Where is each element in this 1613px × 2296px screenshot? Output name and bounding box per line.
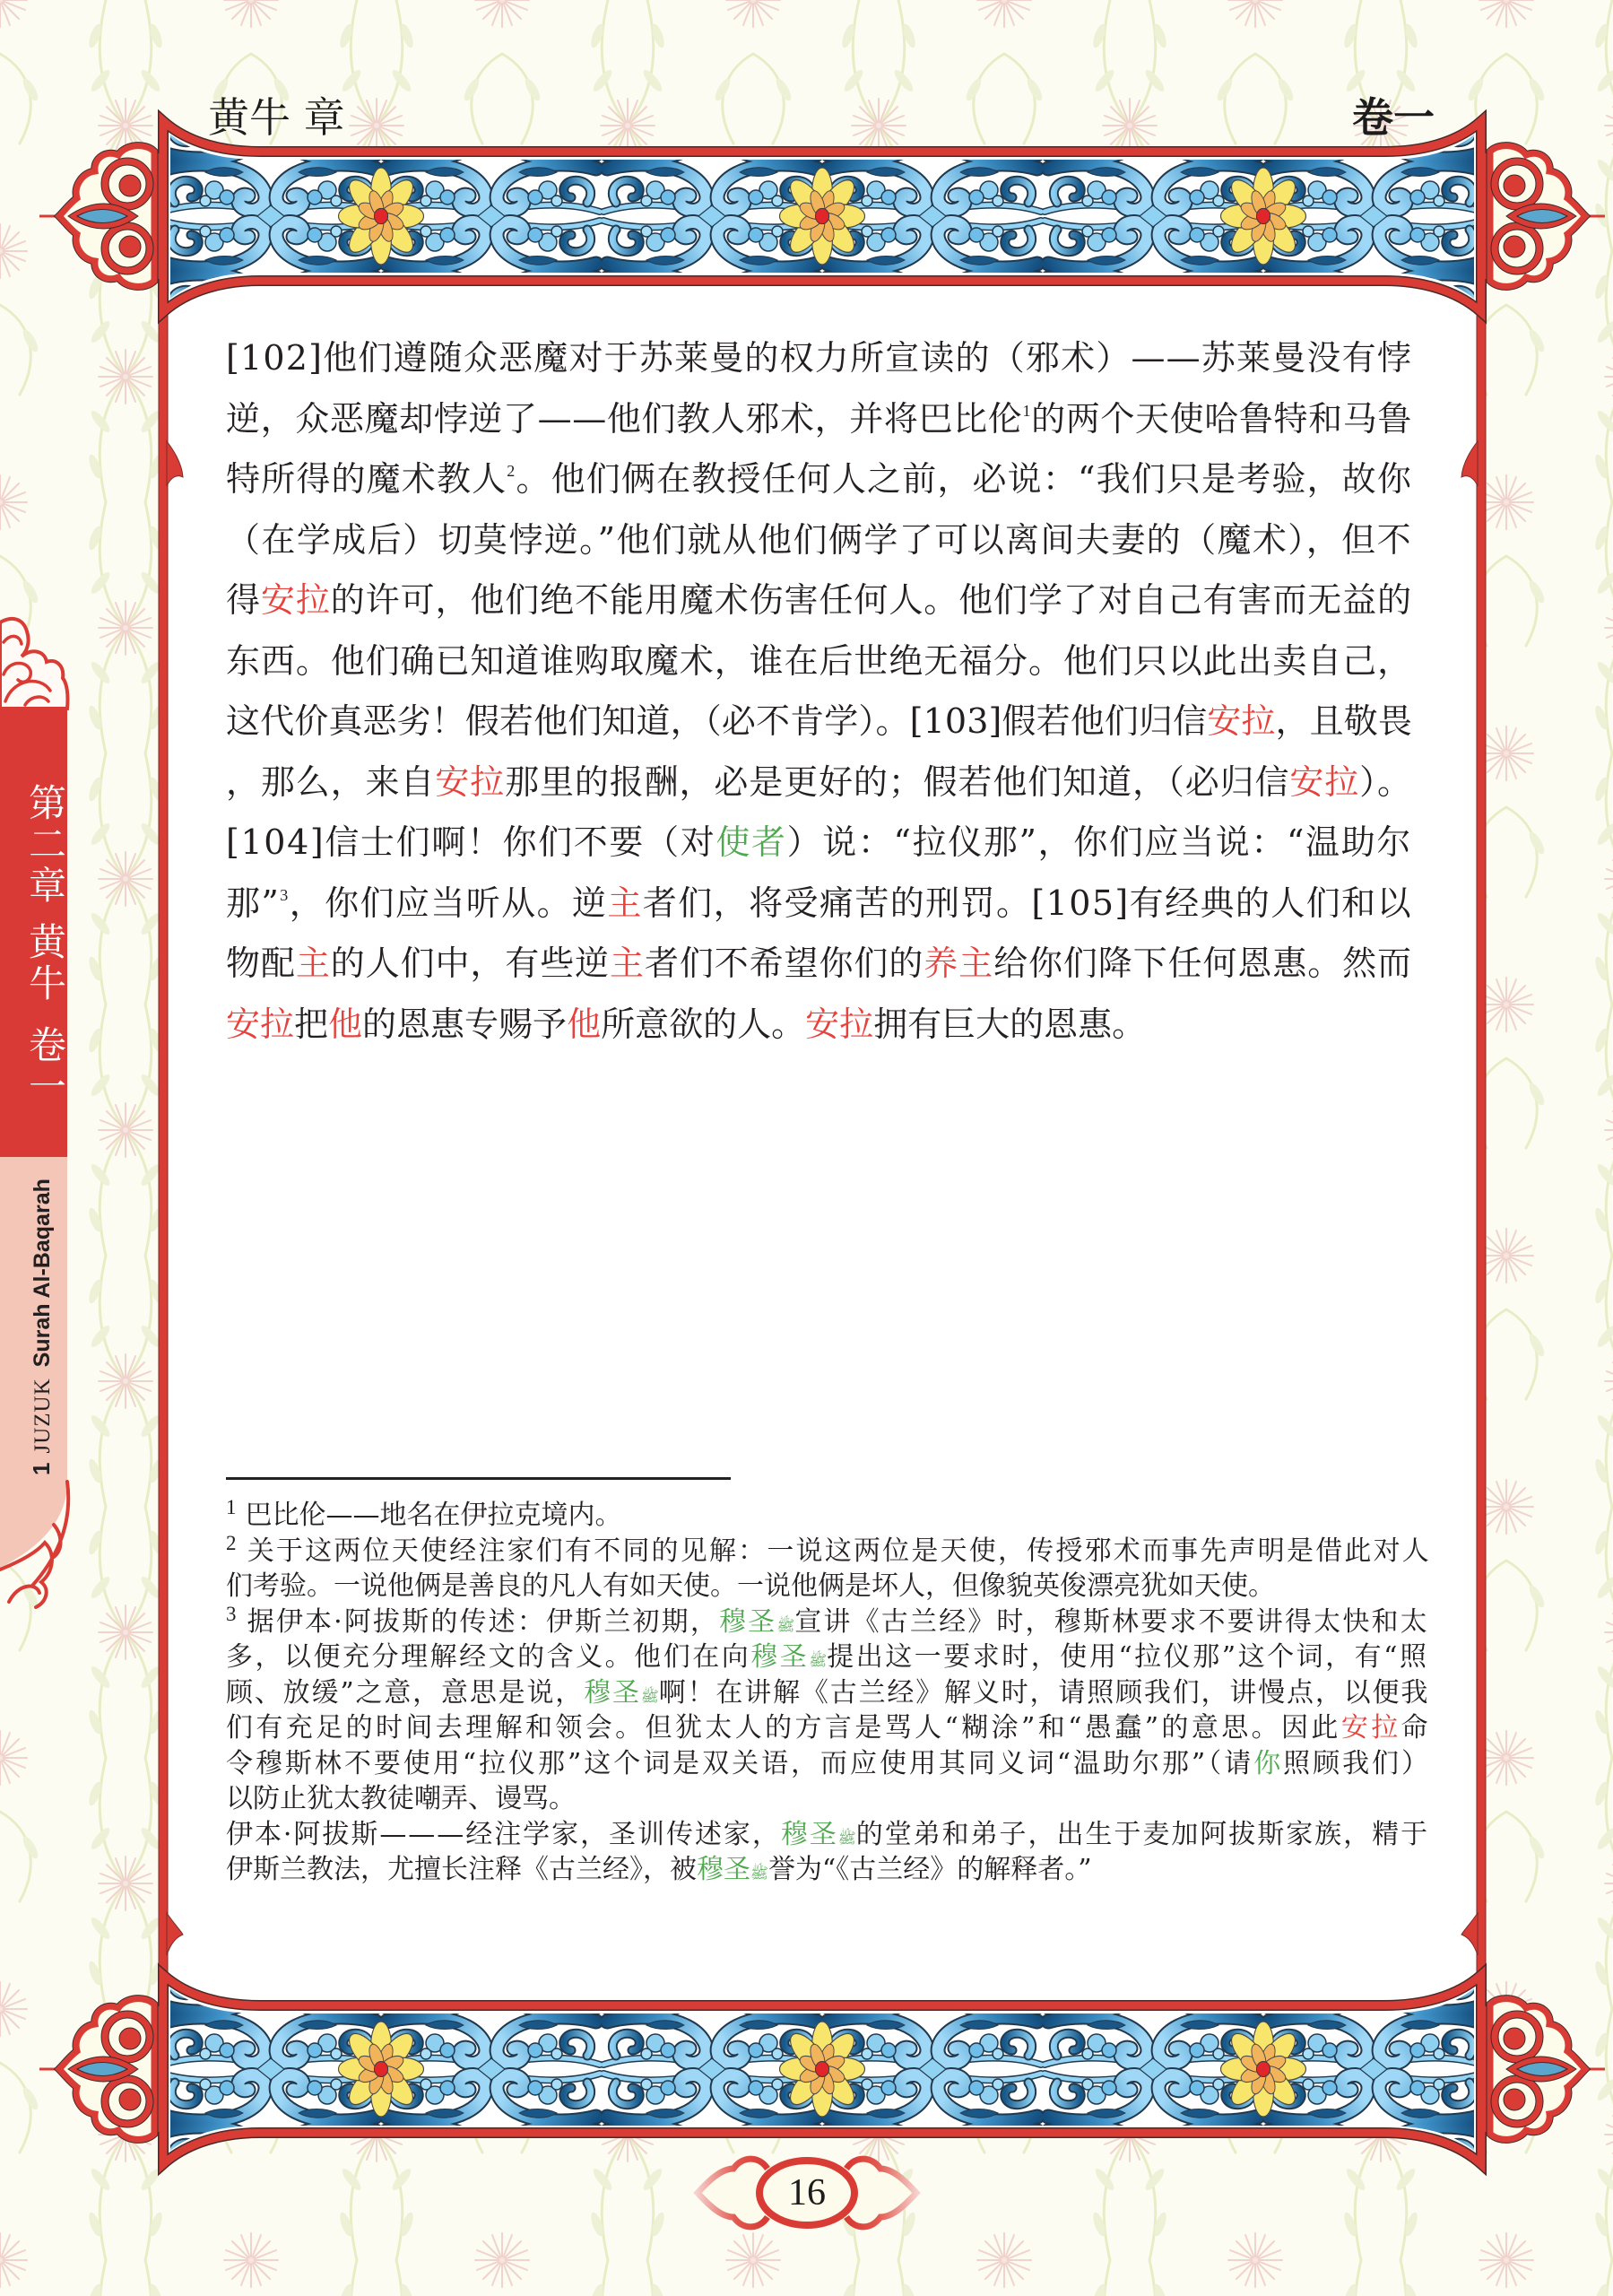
text-run: 顾、放缓”之意，意思是说， xyxy=(226,1677,584,1709)
highlighted-divine-name: 安拉 xyxy=(1341,1712,1401,1744)
text-run: 拥有巨大的恩惠。 xyxy=(873,1004,1146,1044)
text-run: [104]信士们啊！你们不要 xyxy=(226,822,645,862)
text-run: 誉为“《古兰经》的解释者。” xyxy=(768,1854,1092,1885)
verse-line: 安拉把他的恩惠专赐予他所意欲的人。安拉拥有巨大的恩惠。 xyxy=(226,995,1412,1056)
verse-line: 得安拉的许可，他们绝不能用魔术伤害任何人。他们学了对自己有害而无益的 xyxy=(226,570,1412,631)
highlighted-divine-name: 安拉 xyxy=(261,580,331,620)
text-run: 。他们俩在教授任何人之前，必说：“我们只是考验，故你 xyxy=(516,459,1412,499)
chapter-title: 黄牛 章 xyxy=(208,95,345,140)
highlighted-prophet-term: 穆圣 xyxy=(781,1819,838,1850)
verse-line: [104]信士们啊！你们不要（对使者）说：“拉仪那”，你们应当说：“温助尔 xyxy=(226,813,1412,874)
top-ornamental-band xyxy=(163,121,1481,312)
text-run: 命 xyxy=(1401,1712,1431,1744)
highlighted-divine-name: 安拉 xyxy=(435,762,505,802)
text-run: 得 xyxy=(226,580,261,620)
verse-line: 物配主的人们中，有些逆主者们不希望你们的养主给你们降下任何恩惠。然而 xyxy=(226,934,1412,995)
juz-surah-label: 1JUZUKSurah Al-Baqarah xyxy=(28,1170,55,1475)
highlighted-prophet-term: 穆圣 xyxy=(719,1606,776,1638)
highlighted-divine-name: 他 xyxy=(328,1004,362,1044)
highlighted-prophet-term: 使者 xyxy=(715,822,786,862)
text-run: 们有充足的时间去理解和领会。但犹太人的方言是骂人“糊涂”和“愚蠢”的意思。因此 xyxy=(226,1712,1341,1744)
text-run: 说：“拉仪那”，你们应当说：“温助尔 xyxy=(822,822,1412,862)
text-run: 据伊本·阿拔斯的传述：伊斯兰初期， xyxy=(247,1606,719,1638)
highlighted-divine-name: 安拉 xyxy=(1207,701,1275,741)
footnote-number: 3 xyxy=(226,1603,238,1625)
verse-text: [102]他们遵随众恶魔对于苏莱曼的权力所宣读的（邪术）——苏莱曼没有悖逆，众恶… xyxy=(226,328,1412,1055)
footnote-line: 3据伊本·阿拔斯的传述：伊斯兰初期，穆圣ﷺ宣讲《古兰经》时，穆斯林要求不要讲得太… xyxy=(226,1605,1431,1640)
footnote-ref: 2 xyxy=(507,462,516,480)
text-run: 东西。他们确已知道谁购取魔术，谁在后世绝无福分。他们只以此出卖自己， xyxy=(226,641,1412,681)
text-run: 所意欲的人。 xyxy=(601,1004,805,1044)
highlighted-divine-name: 安拉 xyxy=(226,1004,294,1044)
text-run: [102]他们遵随众恶魔对于苏莱曼的权力所宣读的 xyxy=(226,338,991,378)
verse-line: 特所得的魔术教人2。他们俩在教授任何人之前，必说：“我们只是考验，故你 xyxy=(226,449,1412,510)
juz-number: 1 xyxy=(28,1463,55,1475)
text-run: 提出这一要求时，使用“拉仪那”这个词，有“照 xyxy=(827,1641,1428,1673)
footnote-divider xyxy=(226,1477,731,1480)
text-run: 多，以便充分理解经文的含义。他们在向 xyxy=(226,1641,750,1673)
text-run: 物配 xyxy=(226,944,296,983)
footnote-number: 1 xyxy=(226,1496,237,1518)
text-run: 者们，将受痛苦的刑罚。[105]有经典的人们和以 xyxy=(643,883,1412,923)
parenthetical-note: ） xyxy=(787,822,823,862)
text-run: ，但不 xyxy=(1306,520,1412,560)
text-run: ，且敬畏 xyxy=(1275,701,1412,741)
text-run: 这代价真恶劣！假若他们知道， xyxy=(226,701,705,741)
page-number: 16 xyxy=(762,2170,852,2215)
text-run: 。 xyxy=(1377,762,1412,802)
footnote-line: 们考验。一说他俩是善良的凡人有如天使。一说他俩是坏人，但像貌英俊漂亮犹如天使。 xyxy=(226,1569,1431,1605)
footnote-line: 顾、放缓”之意，意思是说，穆圣ﷺ啊！在讲解《古兰经》解义时，请照顾我们，讲慢点，… xyxy=(226,1675,1431,1711)
highlighted-prophet-term: ﷺ xyxy=(776,1617,794,1634)
footnote-line: 伊斯兰教法，尤擅长注释《古兰经》，被穆圣ﷺ誉为“《古兰经》的解释者。” xyxy=(226,1852,1431,1888)
side-tab-chapter-label: 第二章 xyxy=(24,783,65,907)
highlighted-divine-name: 安拉 xyxy=(1289,762,1359,802)
highlighted-prophet-term: 你 xyxy=(1253,1748,1283,1779)
volume-title: 卷一 xyxy=(1352,95,1435,140)
verse-line: 那”3，你们应当听从。逆主者们，将受痛苦的刑罚。[105]有经典的人们和以 xyxy=(226,874,1412,935)
side-tab-surah-label: 黄牛 xyxy=(24,922,65,1004)
bottom-ornamental-band xyxy=(163,1975,1481,2164)
highlighted-prophet-term: 穆圣 xyxy=(750,1641,809,1673)
verse-line: （在学成后）切莫悖逆。”他们就从他们俩学了可以离间夫妻的（魔术），但不 xyxy=(226,510,1412,571)
verse-line: [102]他们遵随众恶魔对于苏莱曼的权力所宣读的（邪术）——苏莱曼没有悖 xyxy=(226,328,1412,389)
text-run: 伊本·阿拔斯———经注学家，圣训传述家， xyxy=(226,1819,781,1850)
text-run: 关于这两位天使经注家们有不同的见解：一说这两位是天使，传授邪术而事先声明是借此对… xyxy=(247,1535,1431,1567)
text-run: 给你们降下任何恩惠。然而 xyxy=(993,944,1412,983)
text-run: 以防止犹太教徒嘲弄、谩骂。 xyxy=(226,1783,576,1814)
footnote-ref: 3 xyxy=(280,886,289,904)
verse-line: 这代价真恶劣！假若他们知道，（必不肯学）。[103]假若他们归信安拉，且敬畏 xyxy=(226,691,1412,752)
text-run: 把 xyxy=(294,1004,328,1044)
footnote-line: 们有充足的时间去理解和领会。但犹太人的方言是骂人“糊涂”和“愚蠢”的意思。因此安… xyxy=(226,1710,1431,1746)
text-run: 巴比伦——地名在伊拉克境内。 xyxy=(246,1500,622,1531)
flower-ornament xyxy=(339,2022,424,2117)
footnote-line: 伊本·阿拔斯———经注学家，圣训传述家，穆圣ﷺ的堂弟和弟子，出生于麦加阿拔斯家族… xyxy=(226,1817,1431,1853)
highlighted-divine-name: 主 xyxy=(296,944,331,983)
footnote-number: 2 xyxy=(226,1532,238,1554)
text-run: 的堂弟和弟子，出生于麦加阿拔斯家族，精于 xyxy=(856,1819,1429,1850)
highlighted-prophet-term: 穆圣 xyxy=(584,1677,641,1709)
footnote-line: 2关于这两位天使经注家们有不同的见解：一说这两位是天使，传授邪术而事先声明是借此… xyxy=(226,1534,1431,1570)
text-run: 照顾我们） xyxy=(1283,1748,1431,1779)
footnote-line: 多，以便充分理解经文的含义。他们在向穆圣ﷺ提出这一要求时，使用“拉仪那”这个词，… xyxy=(226,1639,1431,1675)
highlighted-prophet-term: ﷺ xyxy=(809,1652,827,1669)
highlighted-divine-name: 养主 xyxy=(924,944,993,983)
footnote-line: 以防止犹太教徒嘲弄、谩骂。 xyxy=(226,1781,1431,1817)
text-run: 令穆斯林不要使用“拉仪那”这个词是双关语，而应使用其同义词“温助尔那”（请 xyxy=(226,1748,1253,1779)
flower-ornament xyxy=(780,168,865,265)
highlighted-divine-name: 主 xyxy=(607,883,642,923)
text-run: 特所得的魔术教人 xyxy=(226,459,507,499)
parenthetical-note: （必归信 xyxy=(1167,762,1290,802)
text-run: 的人们中，有些逆 xyxy=(331,944,610,983)
highlighted-prophet-term: ﷺ xyxy=(750,1865,768,1882)
highlighted-prophet-term: 穆圣 xyxy=(697,1854,750,1885)
text-run: 逆，众恶魔却悖逆了——他们教人邪术，并将巴比伦 xyxy=(226,399,1022,439)
text-run: ，你们应当听从。逆 xyxy=(290,883,608,923)
text-run: 们考验。一说他俩是善良的凡人有如天使。一说他俩是坏人，但像貌英俊漂亮犹如天使。 xyxy=(226,1570,1275,1602)
footnotes: 1巴比伦——地名在伊拉克境内。2关于这两位天使经注家们有不同的见解：一说这两位是… xyxy=(226,1498,1431,1888)
verse-line: ，那么，来自安拉那里的报酬，必是更好的；假若他们知道，（必归信安拉）。 xyxy=(226,752,1412,813)
footnote-ref: 1 xyxy=(1022,402,1031,420)
flower-ornament xyxy=(780,2022,865,2117)
text-run: ，那么，来自 xyxy=(226,762,435,802)
parenthetical-note: （在学成后） xyxy=(226,520,438,560)
parenthetical-note: ） xyxy=(1359,762,1377,802)
parenthetical-note: （对 xyxy=(645,822,715,862)
text-run: 啊！在讲解《古兰经》解义时，请照顾我们，讲慢点，以便我 xyxy=(659,1677,1429,1709)
text-run: 伊斯兰教法，尤擅长注释《古兰经》，被 xyxy=(226,1854,697,1885)
text-run: 的两个天使哈鲁特和马鲁 xyxy=(1031,399,1412,439)
footnote-line: 1巴比伦——地名在伊拉克境内。 xyxy=(226,1498,1431,1534)
footnote-line: 令穆斯林不要使用“拉仪那”这个词是双关语，而应使用其同义词“温助尔那”（请你照顾… xyxy=(226,1746,1431,1782)
parenthetical-note: （邪术） xyxy=(991,338,1132,378)
side-tab-volume-label: 卷一 xyxy=(24,1025,65,1108)
highlighted-prophet-term: ﷺ xyxy=(641,1688,659,1705)
flower-ornament xyxy=(339,168,424,265)
flower-ornament xyxy=(1221,168,1306,265)
text-run: 切莫悖逆。”他们就从他们俩学了可以离间夫妻的 xyxy=(438,520,1183,560)
text-run: 宣讲《古兰经》时，穆斯林要求不要讲得太快和太 xyxy=(794,1606,1429,1638)
parenthetical-note: （魔术） xyxy=(1182,520,1306,560)
flower-ornament xyxy=(1221,2022,1306,2117)
highlighted-divine-name: 主 xyxy=(610,944,645,983)
text-run: 者们不希望你们的 xyxy=(645,944,924,983)
highlighted-divine-name: 他 xyxy=(567,1004,601,1044)
verse-line: 逆，众恶魔却悖逆了——他们教人邪术，并将巴比伦1的两个天使哈鲁特和马鲁 xyxy=(226,389,1412,450)
surah-label: Surah Al-Baqarah xyxy=(30,1178,55,1367)
highlighted-prophet-term: ﷺ xyxy=(838,1830,856,1847)
juz-label: JUZUK xyxy=(30,1378,55,1453)
text-run: 。[103]假若他们归信 xyxy=(876,701,1208,741)
verse-line: 东西。他们确已知道谁购取魔术，谁在后世绝无福分。他们只以此出卖自己， xyxy=(226,631,1412,692)
text-run: 的恩惠专赐予 xyxy=(362,1004,567,1044)
text-run: 的许可，他们绝不能用魔术伤害任何人。他们学了对自己有害而无益的 xyxy=(331,580,1412,620)
text-run: 那里的报酬，必是更好的；假若他们知道， xyxy=(505,762,1167,802)
text-run: 那” xyxy=(226,883,280,923)
text-run: ——苏莱曼没有悖 xyxy=(1131,338,1412,378)
parenthetical-note: （必不肯学） xyxy=(705,701,876,741)
highlighted-divine-name: 安拉 xyxy=(805,1004,873,1044)
